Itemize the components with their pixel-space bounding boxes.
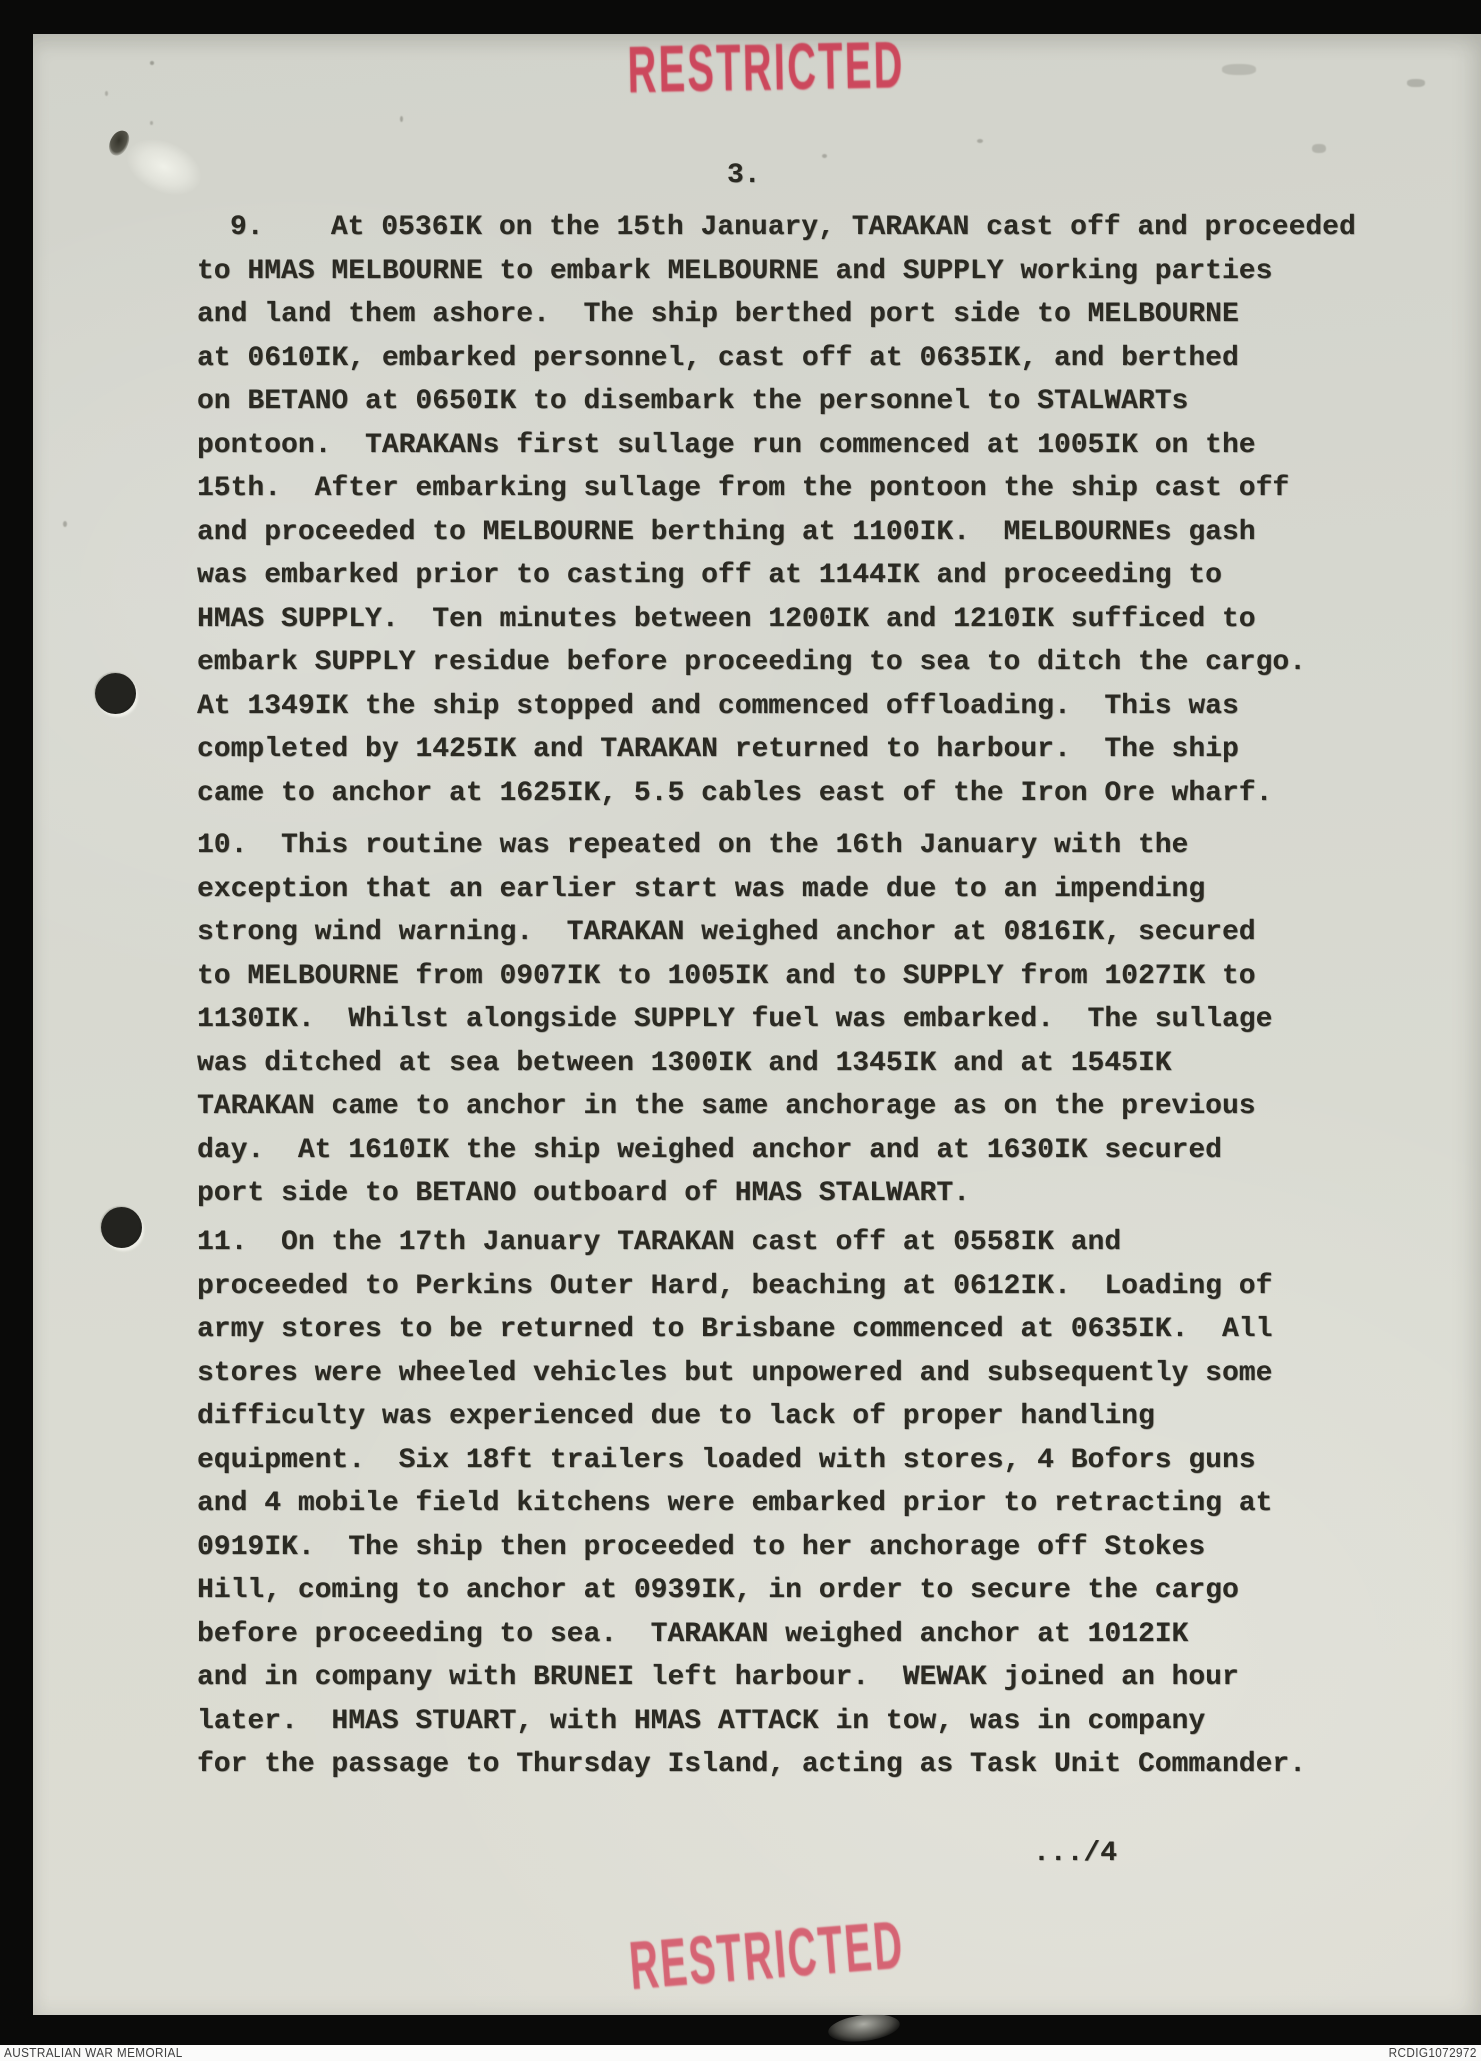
archive-reference-id: RCDIG1072972 — [1389, 2046, 1477, 2060]
archive-footer: AUSTRALIAN WAR MEMORIAL RCDIG1072972 — [0, 2045, 1481, 2061]
typewritten-line: At 1349IK the ship stopped and commenced… — [197, 685, 1356, 729]
typewritten-line: day. At 1610IK the ship weighed anchor a… — [197, 1129, 1272, 1173]
typewritten-line: equipment. Six 18ft trailers loaded with… — [197, 1439, 1306, 1483]
typewritten-line: and proceeded to MELBOURNE berthing at 1… — [197, 511, 1356, 555]
typewritten-line: HMAS SUPPLY. Ten minutes between 1200IK … — [197, 598, 1356, 642]
typewritten-line: before proceeding to sea. TARAKAN weighe… — [197, 1613, 1306, 1657]
paragraph-11: 11. On the 17th January TARAKAN cast off… — [197, 1221, 1306, 1787]
typewritten-line: TARAKAN came to anchor in the same ancho… — [197, 1085, 1272, 1129]
typewritten-line: pontoon. TARAKANs first sullage run comm… — [197, 424, 1356, 468]
typewritten-line: embark SUPPLY residue before proceeding … — [197, 641, 1356, 685]
typewritten-line: came to anchor at 1625IK, 5.5 cables eas… — [197, 772, 1356, 816]
typewritten-line: later. HMAS STUART, with HMAS ATTACK in … — [197, 1700, 1306, 1744]
paper-speck — [822, 154, 827, 158]
typewritten-line: 10. This routine was repeated on the 16t… — [197, 824, 1272, 868]
typewritten-line: 11. On the 17th January TARAKAN cast off… — [197, 1221, 1306, 1265]
typewritten-line: 0919IK. The ship then proceeded to her a… — [197, 1526, 1306, 1570]
typewritten-line: completed by 1425IK and TARAKAN returned… — [197, 728, 1356, 772]
paper-speck — [1407, 79, 1425, 87]
typewritten-line: to HMAS MELBOURNE to embark MELBOURNE an… — [197, 250, 1356, 294]
typewritten-line: stores were wheeled vehicles but unpower… — [197, 1352, 1306, 1396]
scanned-page-background: RESTRICTED 3. 9. At 0536IK on the 15th J… — [0, 0, 1481, 2061]
paper-edge-curl — [827, 2011, 902, 2046]
paper-speck — [977, 139, 983, 143]
archive-source-label: AUSTRALIAN WAR MEMORIAL — [4, 2046, 183, 2060]
typewritten-line: 1130IK. Whilst alongside SUPPLY fuel was… — [197, 998, 1272, 1042]
typewritten-line: port side to BETANO outboard of HMAS STA… — [197, 1172, 1272, 1216]
typewritten-line: strong wind warning. TARAKAN weighed anc… — [197, 911, 1272, 955]
paper-speck — [63, 521, 67, 527]
page-number: 3. — [727, 162, 761, 190]
paper-speck — [105, 91, 108, 96]
restricted-stamp-top-text: RESTRICTED — [627, 31, 905, 102]
restricted-stamp-bottom: RESTRICTED — [627, 1895, 1105, 2000]
document-page: RESTRICTED 3. 9. At 0536IK on the 15th J… — [33, 34, 1481, 2015]
punch-hole-top — [95, 673, 136, 714]
typewritten-line: 15th. After embarking sullage from the p… — [197, 467, 1356, 511]
typewritten-line: and 4 mobile field kitchens were embarke… — [197, 1482, 1306, 1526]
continuation-mark: .../4 — [1033, 1840, 1117, 1868]
restricted-stamp-top: RESTRICTED — [627, 28, 1090, 102]
typewritten-line: Hill, coming to anchor at 0939IK, in ord… — [197, 1569, 1306, 1613]
typewritten-line: proceeded to Perkins Outer Hard, beachin… — [197, 1265, 1306, 1309]
restricted-stamp-bottom-text: RESTRICTED — [627, 1910, 907, 1999]
typewritten-line: was ditched at sea between 1300IK and 13… — [197, 1042, 1272, 1086]
paragraph-10: 10. This routine was repeated on the 16t… — [197, 824, 1272, 1216]
typewritten-line: to MELBOURNE from 0907IK to 1005IK and t… — [197, 955, 1272, 999]
paper-damage-sheen — [118, 128, 210, 205]
paper-speck — [1222, 64, 1256, 75]
typewritten-line: difficulty was experienced due to lack o… — [197, 1395, 1306, 1439]
typewritten-line: at 0610IK, embarked personnel, cast off … — [197, 337, 1356, 381]
paper-speck — [150, 61, 154, 65]
typewritten-line: and land them ashore. The ship berthed p… — [197, 293, 1356, 337]
paragraph-9: 9. At 0536IK on the 15th January, TARAKA… — [197, 206, 1356, 815]
paper-speck — [1312, 144, 1326, 153]
typewritten-line: and in company with BRUNEI left harbour.… — [197, 1656, 1306, 1700]
typewritten-line: was embarked prior to casting off at 114… — [197, 554, 1356, 598]
paper-speck — [150, 121, 153, 125]
paper-speck — [400, 116, 403, 122]
typewritten-line: on BETANO at 0650IK to disembark the per… — [197, 380, 1356, 424]
typewritten-line: army stores to be returned to Brisbane c… — [197, 1308, 1306, 1352]
typewritten-line: 9. At 0536IK on the 15th January, TARAKA… — [230, 206, 1356, 250]
punch-hole-bottom — [101, 1207, 142, 1248]
typewritten-line: exception that an earlier start was made… — [197, 868, 1272, 912]
typewritten-line: for the passage to Thursday Island, acti… — [197, 1743, 1306, 1787]
